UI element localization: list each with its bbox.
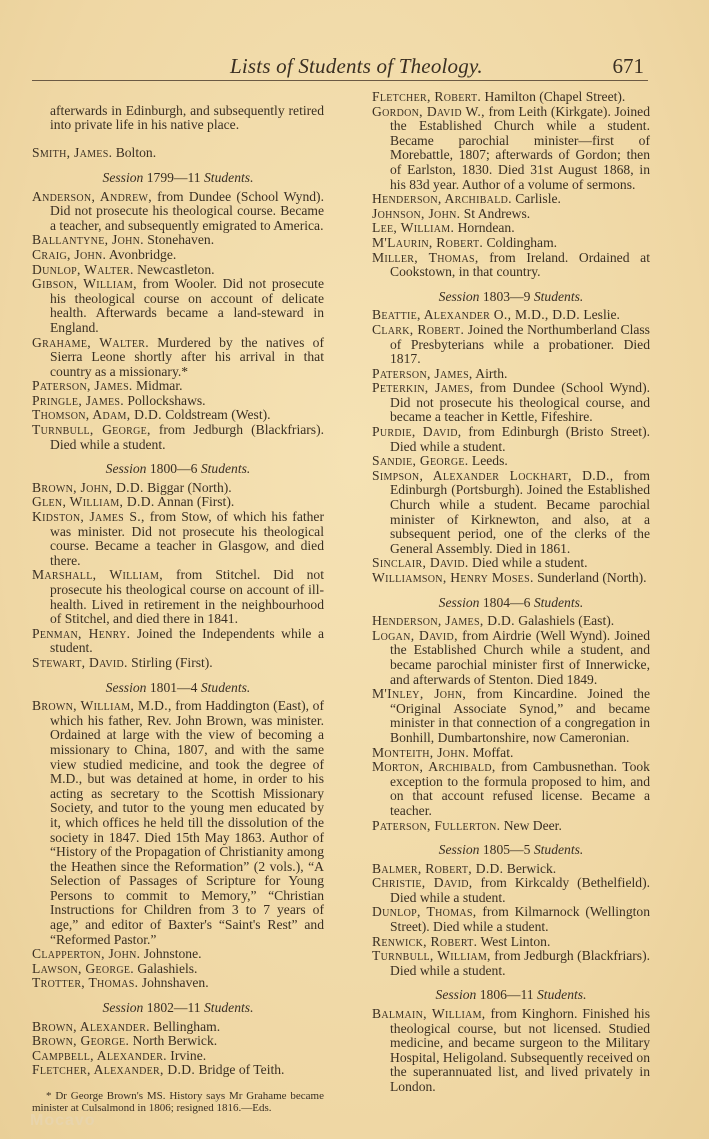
- session-prefix: Session: [439, 289, 480, 304]
- student-details: Died while a student.: [472, 555, 588, 570]
- student-name: Grahame, Walter.: [32, 335, 149, 350]
- session-heading: Session 1799—11 Students.: [32, 171, 324, 186]
- student-name: Simpson, Alexander Lockhart, D.D.,: [372, 468, 613, 483]
- student-name: Henderson, James, D.D.: [372, 613, 515, 628]
- student-entry: Ballantyne, John. Stonehaven.: [32, 233, 324, 248]
- student-details: Leslie.: [583, 307, 620, 322]
- student-name: Fletcher, Alexander, D.D.: [32, 1062, 195, 1077]
- student-name: Sandie, George.: [372, 453, 469, 468]
- student-entry: Sandie, George. Leeds.: [372, 454, 650, 469]
- student-name: Sinclair, David.: [372, 555, 469, 570]
- student-entry: Balmer, Robert, D.D. Berwick.: [372, 862, 650, 877]
- student-entry: Johnson, John. St Andrews.: [372, 207, 650, 222]
- student-entry: M'Laurin, Robert. Coldingham.: [372, 236, 650, 251]
- student-entry: Dunlop, Walter. Newcastleton.: [32, 263, 324, 278]
- student-entry: Paterson, James, Airth.: [372, 367, 650, 382]
- student-name: Beattie, Alexander O., M.D., D.D.: [372, 307, 580, 322]
- student-name: Peterkin, James,: [372, 380, 473, 395]
- student-entry: Fletcher, Robert. Hamilton (Chapel Stree…: [372, 90, 650, 105]
- student-details: Avonbridge.: [109, 247, 176, 262]
- session-year: 1806—11: [480, 987, 534, 1002]
- student-details: Leeds.: [472, 453, 508, 468]
- student-entry: Fletcher, Alexander, D.D. Bridge of Teit…: [32, 1063, 324, 1078]
- student-entry: Glen, William, D.D. Annan (First).: [32, 495, 324, 510]
- student-name: Brown, John, D.D.: [32, 480, 144, 495]
- student-name: Dunlop, Walter.: [32, 262, 134, 277]
- student-name: Trotter, Thomas.: [32, 975, 138, 990]
- session-heading: Session 1804—6 Students.: [372, 596, 650, 611]
- student-details: Carlisle.: [515, 191, 561, 206]
- student-name: Fletcher, Robert.: [372, 89, 481, 104]
- session-prefix: Session: [439, 595, 480, 610]
- session-suffix: Students.: [534, 289, 583, 304]
- student-entry: Paterson, James. Midmar.: [32, 379, 324, 394]
- student-name: Penman, Henry.: [32, 626, 130, 641]
- student-entry: Pringle, James. Pollockshaws.: [32, 394, 324, 409]
- student-name: Dunlop, Thomas,: [372, 904, 476, 919]
- student-details: Bellingham.: [153, 1019, 220, 1034]
- student-name: Stewart, David.: [32, 655, 128, 670]
- session-year: 1804—6: [483, 595, 531, 610]
- student-name: Ballantyne, John.: [32, 232, 144, 247]
- session-year: 1805—5: [483, 842, 531, 857]
- student-name: Gordon, David W.,: [372, 104, 485, 119]
- session-suffix: Students.: [201, 680, 250, 695]
- student-name: Renwick, Robert.: [372, 934, 477, 949]
- student-entry: Grahame, Walter. Murdered by the natives…: [32, 336, 324, 380]
- student-details: St Andrews.: [464, 206, 530, 221]
- right-column: Fletcher, Robert. Hamilton (Chapel Stree…: [372, 90, 650, 1095]
- student-entry: Logan, David, from Airdrie (Well Wynd). …: [372, 629, 650, 687]
- student-name: Miller, Thomas,: [372, 250, 479, 265]
- student-details: Johnshaven.: [142, 975, 209, 990]
- student-entry: Purdie, David, from Edinburgh (Bristo St…: [372, 425, 650, 454]
- student-entry: M'Inley, John, from Kincardine. Joined t…: [372, 687, 650, 745]
- student-name: Balmain, William,: [372, 1006, 486, 1021]
- student-name: Balmer, Robert, D.D.: [372, 861, 503, 876]
- student-name: Lawson, George.: [32, 961, 134, 976]
- student-name: Smith, James.: [32, 145, 112, 160]
- student-entry: Gordon, David W., from Leith (Kirkgate).…: [372, 105, 650, 193]
- student-entry: Smith, James. Bolton.: [32, 146, 324, 161]
- right-pre-entries: Fletcher, Robert. Hamilton (Chapel Stree…: [372, 90, 650, 280]
- student-name: Logan, David,: [372, 628, 458, 643]
- student-entry: Anderson, Andrew, from Dundee (School Wy…: [32, 190, 324, 234]
- session-year: 1799—11: [147, 170, 201, 185]
- student-details: Annan (First).: [157, 494, 234, 509]
- student-entry: Trotter, Thomas. Johnshaven.: [32, 976, 324, 991]
- student-name: Morton, Archibald,: [372, 759, 496, 774]
- student-name: Christie, David,: [372, 875, 472, 890]
- session-prefix: Session: [103, 1000, 144, 1015]
- student-details: Bolton.: [116, 145, 156, 160]
- student-name: Johnson, John.: [372, 206, 460, 221]
- session-heading: Session 1800—6 Students.: [32, 462, 324, 477]
- student-details: Galashiels (East).: [518, 613, 614, 628]
- session-suffix: Students.: [534, 842, 583, 857]
- student-name: Marshall, William,: [32, 567, 163, 582]
- session-heading: Session 1806—11 Students.: [372, 988, 650, 1003]
- student-name: Turnbull, George,: [32, 422, 151, 437]
- session-heading: Session 1805—5 Students.: [372, 843, 650, 858]
- session-year: 1803—9: [483, 289, 531, 304]
- footnote: * Dr George Brown's MS. History says Mr …: [32, 1090, 324, 1114]
- student-name: M'Inley, John,: [372, 686, 466, 701]
- student-name: Kidston, James S.,: [32, 509, 145, 524]
- session-prefix: Session: [106, 461, 147, 476]
- student-name: Turnbull, William,: [372, 948, 491, 963]
- student-details: Newcastleton.: [137, 262, 214, 277]
- student-entry: Brown, John, D.D. Biggar (North).: [32, 481, 324, 496]
- student-details: Moffat.: [472, 745, 513, 760]
- session-suffix: Students.: [204, 1000, 253, 1015]
- session-year: 1802—11: [147, 1000, 201, 1015]
- student-details: Galashiels.: [137, 961, 197, 976]
- student-details: Coldstream (West).: [165, 407, 270, 422]
- student-name: Brown, Alexander.: [32, 1019, 150, 1034]
- student-entry: Williamson, Henry Moses. Sunderland (Nor…: [372, 571, 650, 586]
- student-entry: Kidston, James S., from Stow, of which h…: [32, 510, 324, 568]
- student-name: Purdie, David,: [372, 424, 462, 439]
- student-details: Bridge of Teith.: [198, 1062, 284, 1077]
- student-entry: Brown, Alexander. Bellingham.: [32, 1020, 324, 1035]
- student-name: Anderson, Andrew,: [32, 189, 152, 204]
- student-name: Paterson, James,: [372, 366, 473, 381]
- student-details: Pollockshaws.: [127, 393, 205, 408]
- student-details: Coldingham.: [486, 235, 557, 250]
- student-details: Stonehaven.: [147, 232, 214, 247]
- session-year: 1801—4: [150, 680, 198, 695]
- student-entry: Clapperton, John. Johnstone.: [32, 947, 324, 962]
- student-details: Sunderland (North).: [537, 570, 646, 585]
- left-pre-entries: Smith, James. Bolton.: [32, 146, 324, 161]
- student-entry: Penman, Henry. Joined the Independents w…: [32, 627, 324, 656]
- student-entry: Balmain, William, from Kinghorn. Finishe…: [372, 1007, 650, 1095]
- student-details: Johnstone.: [144, 946, 202, 961]
- student-entry: Simpson, Alexander Lockhart, D.D., from …: [372, 469, 650, 557]
- student-name: M'Laurin, Robert.: [372, 235, 483, 250]
- student-entry: Henderson, James, D.D. Galashiels (East)…: [372, 614, 650, 629]
- student-entry: Miller, Thomas, from Ireland. Ordained a…: [372, 251, 650, 280]
- student-name: Brown, George.: [32, 1033, 129, 1048]
- student-name: Henderson, Archibald.: [372, 191, 512, 206]
- student-entry: Lawson, George. Galashiels.: [32, 962, 324, 977]
- session-prefix: Session: [103, 170, 144, 185]
- student-name: Gibson, William,: [32, 276, 137, 291]
- student-entry: Morton, Archibald, from Cambusnethan. To…: [372, 760, 650, 818]
- student-details: Stirling (First).: [131, 655, 213, 670]
- student-name: Glen, William, D.D.: [32, 494, 155, 509]
- student-name: Lee, William.: [372, 220, 454, 235]
- student-details: Hamilton (Chapel Street).: [485, 89, 626, 104]
- continuation-text: afterwards in Edinburgh, and subsequentl…: [32, 104, 324, 133]
- session-prefix: Session: [436, 987, 477, 1002]
- student-name: Clapperton, John.: [32, 946, 140, 961]
- session-heading: Session 1802—11 Students.: [32, 1001, 324, 1016]
- left-column: afterwards in Edinburgh, and subsequentl…: [32, 90, 324, 1125]
- student-entry: Turnbull, William, from Jedburgh (Blackf…: [372, 949, 650, 978]
- session-heading: Session 1803—9 Students.: [372, 290, 650, 305]
- student-name: Paterson, Fullerton.: [372, 818, 500, 833]
- student-entry: Lee, William. Horndean.: [372, 221, 650, 236]
- student-name: Brown, William, M.D.,: [32, 698, 172, 713]
- student-name: Campbell, Alexander.: [32, 1048, 167, 1063]
- left-sessions: Session 1799—11 Students.Anderson, Andre…: [32, 171, 324, 1078]
- student-details: Berwick.: [507, 861, 556, 876]
- session-year: 1800—6: [150, 461, 198, 476]
- student-entry: Beattie, Alexander O., M.D., D.D. Leslie…: [372, 308, 650, 323]
- student-entry: Dunlop, Thomas, from Kilmarnock (Welling…: [372, 905, 650, 934]
- student-entry: Renwick, Robert. West Linton.: [372, 935, 650, 950]
- student-entry: Monteith, John. Moffat.: [372, 746, 650, 761]
- student-details: Biggar (North).: [147, 480, 232, 495]
- page-number: 671: [613, 54, 645, 79]
- student-entry: Clark, Robert. Joined the Northumberland…: [372, 323, 650, 367]
- student-name: Pringle, James.: [32, 393, 124, 408]
- student-name: Clark, Robert.: [372, 322, 464, 337]
- student-entry: Christie, David, from Kirkcaldy (Bethelf…: [372, 876, 650, 905]
- student-name: Monteith, John.: [372, 745, 469, 760]
- student-details: North Berwick.: [133, 1033, 218, 1048]
- page-header: Lists of Students of Theology. 671: [32, 52, 648, 81]
- student-details: Midmar.: [136, 378, 182, 393]
- student-name: Thomson, Adam, D.D.: [32, 407, 162, 422]
- session-suffix: Students.: [537, 987, 586, 1002]
- session-heading: Session 1801—4 Students.: [32, 681, 324, 696]
- student-entry: Sinclair, David. Died while a student.: [372, 556, 650, 571]
- student-details: Irvine.: [170, 1048, 206, 1063]
- student-entry: Craig, John. Avonbridge.: [32, 248, 324, 263]
- mocavo-watermark: Mocavo: [30, 1112, 96, 1130]
- student-details: from Haddington (East), of which his fat…: [50, 698, 324, 947]
- student-name: Craig, John.: [32, 247, 106, 262]
- student-entry: Stewart, David. Stirling (First).: [32, 656, 324, 671]
- student-entry: Henderson, Archibald. Carlisle.: [372, 192, 650, 207]
- student-name: Williamson, Henry Moses.: [372, 570, 534, 585]
- student-entry: Paterson, Fullerton. New Deer.: [372, 819, 650, 834]
- student-entry: Campbell, Alexander. Irvine.: [32, 1049, 324, 1064]
- student-entry: Brown, George. North Berwick.: [32, 1034, 324, 1049]
- session-prefix: Session: [439, 842, 480, 857]
- right-sessions: Session 1803—9 Students.Beattie, Alexand…: [372, 290, 650, 1095]
- session-suffix: Students.: [534, 595, 583, 610]
- student-entry: Turnbull, George, from Jedburgh (Blackfr…: [32, 423, 324, 452]
- student-details: Horndean.: [458, 220, 515, 235]
- student-details: West Linton.: [480, 934, 550, 949]
- session-suffix: Students.: [201, 461, 250, 476]
- student-entry: Brown, William, M.D., from Haddington (E…: [32, 699, 324, 947]
- student-name: Paterson, James.: [32, 378, 133, 393]
- student-entry: Marshall, William, from Stitchel. Did no…: [32, 568, 324, 626]
- student-entry: Peterkin, James, from Dundee (School Wyn…: [372, 381, 650, 425]
- student-entry: Thomson, Adam, D.D. Coldstream (West).: [32, 408, 324, 423]
- student-entry: Gibson, William, from Wooler. Did not pr…: [32, 277, 324, 335]
- running-title: Lists of Students of Theology.: [230, 54, 483, 79]
- student-details: New Deer.: [504, 818, 562, 833]
- session-prefix: Session: [106, 680, 147, 695]
- student-details: Airth.: [475, 366, 507, 381]
- session-suffix: Students.: [204, 170, 253, 185]
